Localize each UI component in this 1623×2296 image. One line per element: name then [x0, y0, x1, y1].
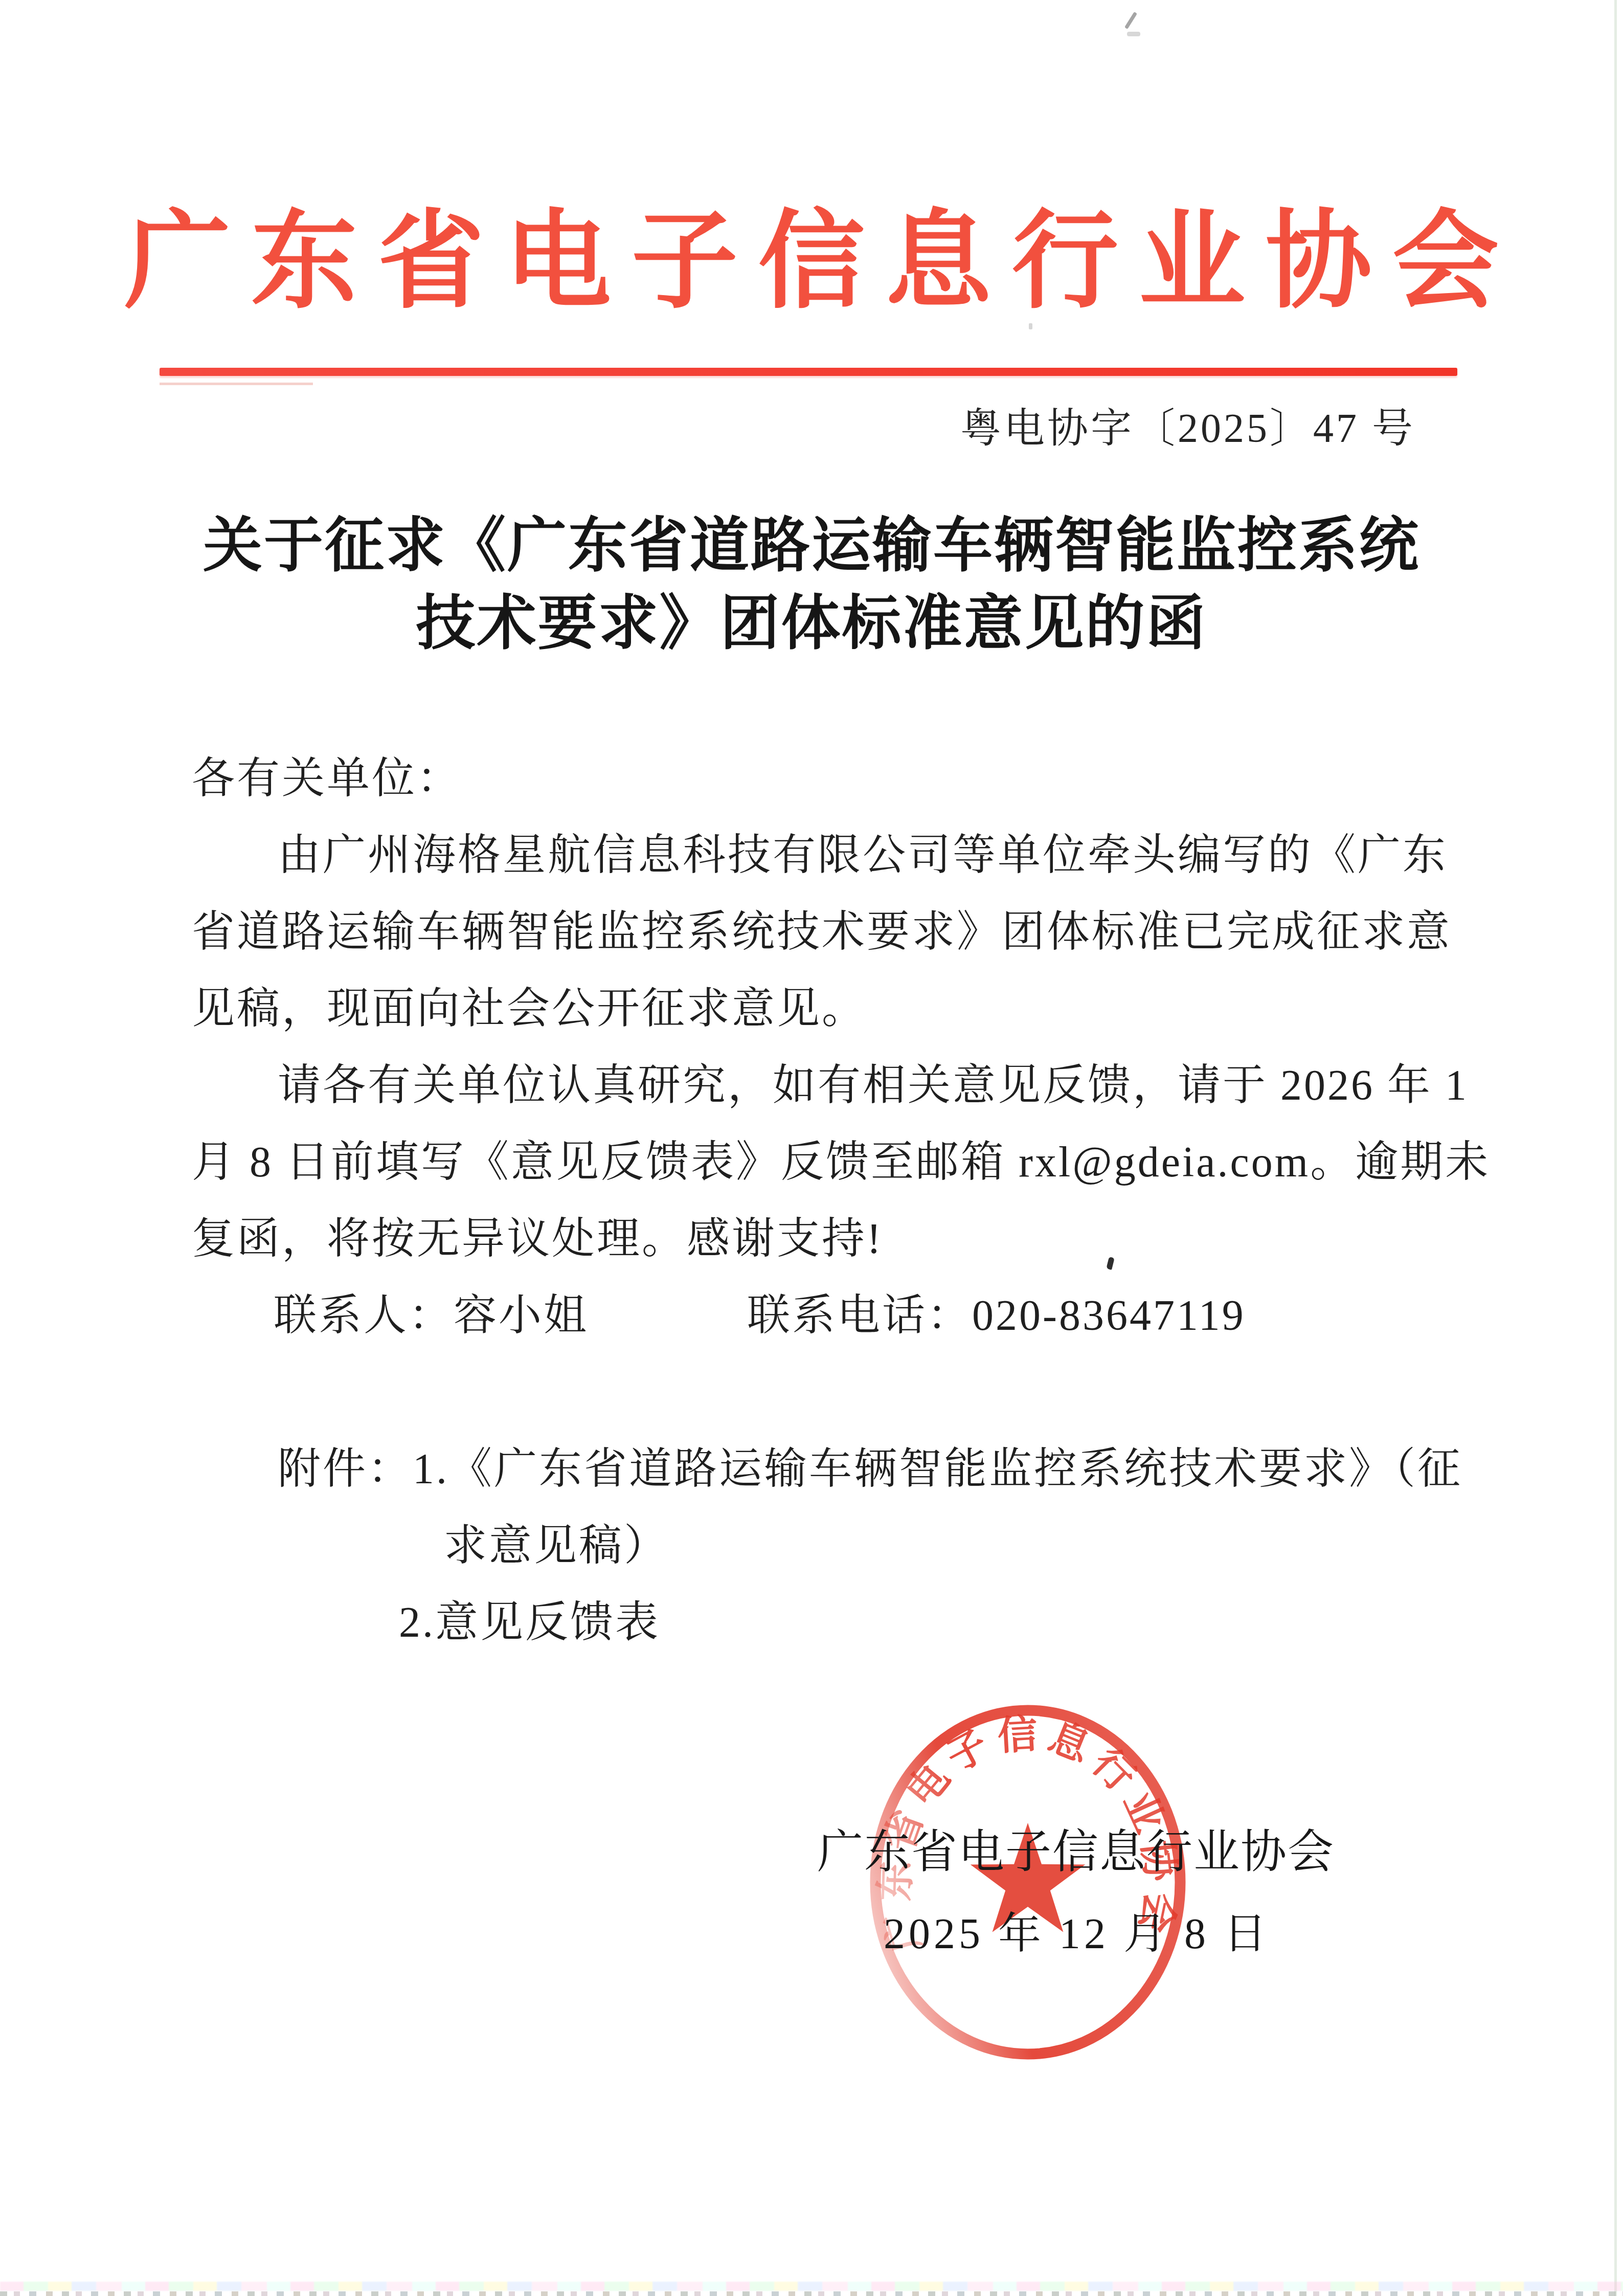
scan-edge-line [1614, 0, 1617, 2296]
letterhead-rule [160, 368, 1457, 376]
doc-title: 关于征求《广东省道路运输车辆智能监控系统 技术要求》团体标准意见的函 [0, 507, 1623, 663]
letterhead-org-name: 广东省电子信息行业协会 [0, 209, 1623, 315]
official-seal: 广东省电子信息行业协会 [864, 1698, 1191, 2066]
letterhead-rule-ghost [160, 383, 313, 385]
scan-smudge-top [1127, 32, 1140, 36]
contact-line: 联系人：容小姐 联系电话：020-83647119 [192, 1278, 1439, 1354]
scan-speck-header [1029, 323, 1032, 329]
scan-noise-strip [0, 2282, 1623, 2291]
body-text: 各有关单位： 由广州海格星航信息科技有限公司等单位牵头编写的《广东 省道路运输车… [192, 741, 1439, 1661]
signature-date: 2025 年 12 月 8 日 [884, 1909, 1270, 1960]
contact-person: 联系人：容小姐 [192, 1292, 589, 1340]
contact-phone: 联系电话：020-83647119 [747, 1278, 1246, 1354]
paragraph1-line1: 由广州海格星航信息科技有限公司等单位牵头编写的《广东 [192, 817, 1439, 894]
doc-title-line-2: 技术要求》团体标准意见的函 [0, 585, 1623, 663]
attachment-line3: 2.意见反馈表 [192, 1585, 1439, 1661]
scan-noise-specks [0, 2291, 1623, 2296]
document-page: 广东省电子信息行业协会 粤电协字〔2025〕47 号 关于征求《广东省道路运输车… [0, 0, 1623, 2296]
salutation: 各有关单位： [192, 741, 1439, 817]
paragraph2-line2: 月 8 日前填写《意见反馈表》反馈至邮箱 rxl@gdeia.com。逾期未 [192, 1124, 1439, 1201]
paragraph1-line3: 见稿，现面向社会公开征求意见。 [192, 971, 1439, 1047]
doc-title-line-1: 关于征求《广东省道路运输车辆智能监控系统 [0, 507, 1623, 585]
paragraph2-line3: 复函，将按无异议处理。感谢支持! [192, 1201, 1439, 1278]
paragraph1-line2: 省道路运输车辆智能监控系统技术要求》团体标准已完成征求意 [192, 894, 1439, 971]
attachments-block: 附件：1.《广东省道路运输车辆智能监控系统技术要求》（征 求意见稿） 2.意见反… [192, 1431, 1439, 1661]
attachment-line2: 求意见稿） [192, 1508, 1439, 1585]
scan-mark-top [1124, 12, 1137, 29]
attachment-line1: 附件：1.《广东省道路运输车辆智能监控系统技术要求》（征 [192, 1431, 1439, 1508]
doc-number: 粤电协字〔2025〕47 号 [960, 403, 1415, 454]
paragraph2-line1: 请各有关单位认真研究，如有相关意见反馈，请于 2026 年 1 [192, 1047, 1439, 1124]
signature-org-name: 广东省电子信息行业协会 [817, 1827, 1335, 1878]
